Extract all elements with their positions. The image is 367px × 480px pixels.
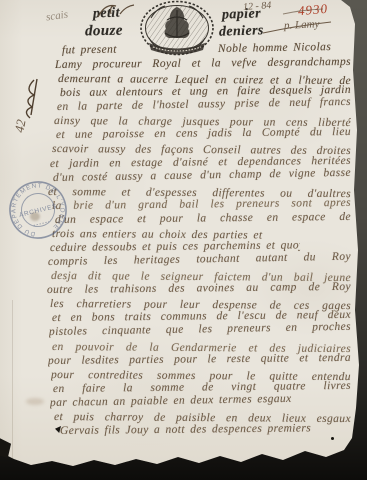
ink-smudge [26,398,44,405]
handwritten-line: pour lesdites parties pour le reste quit… [48,351,351,369]
stamp-smudge [30,212,40,221]
paper: petit douze papier deniers 4930 12 - 84 … [0,0,367,480]
tax-stamp-seal [137,0,217,58]
handwritten-line: et une paroisse en cens jadis la Compté … [56,125,351,143]
scan-background: petit douze papier deniers 4930 12 - 84 … [0,0,367,480]
handwritten-line: Gervais fils Jouy a nott des despences p… [60,421,332,439]
handwritten-line: d'un espace et pour la chasse en espace … [55,210,351,228]
ink-dot [331,437,334,440]
handwritten-line: outre les trahisons des avoines au camp … [47,280,351,298]
